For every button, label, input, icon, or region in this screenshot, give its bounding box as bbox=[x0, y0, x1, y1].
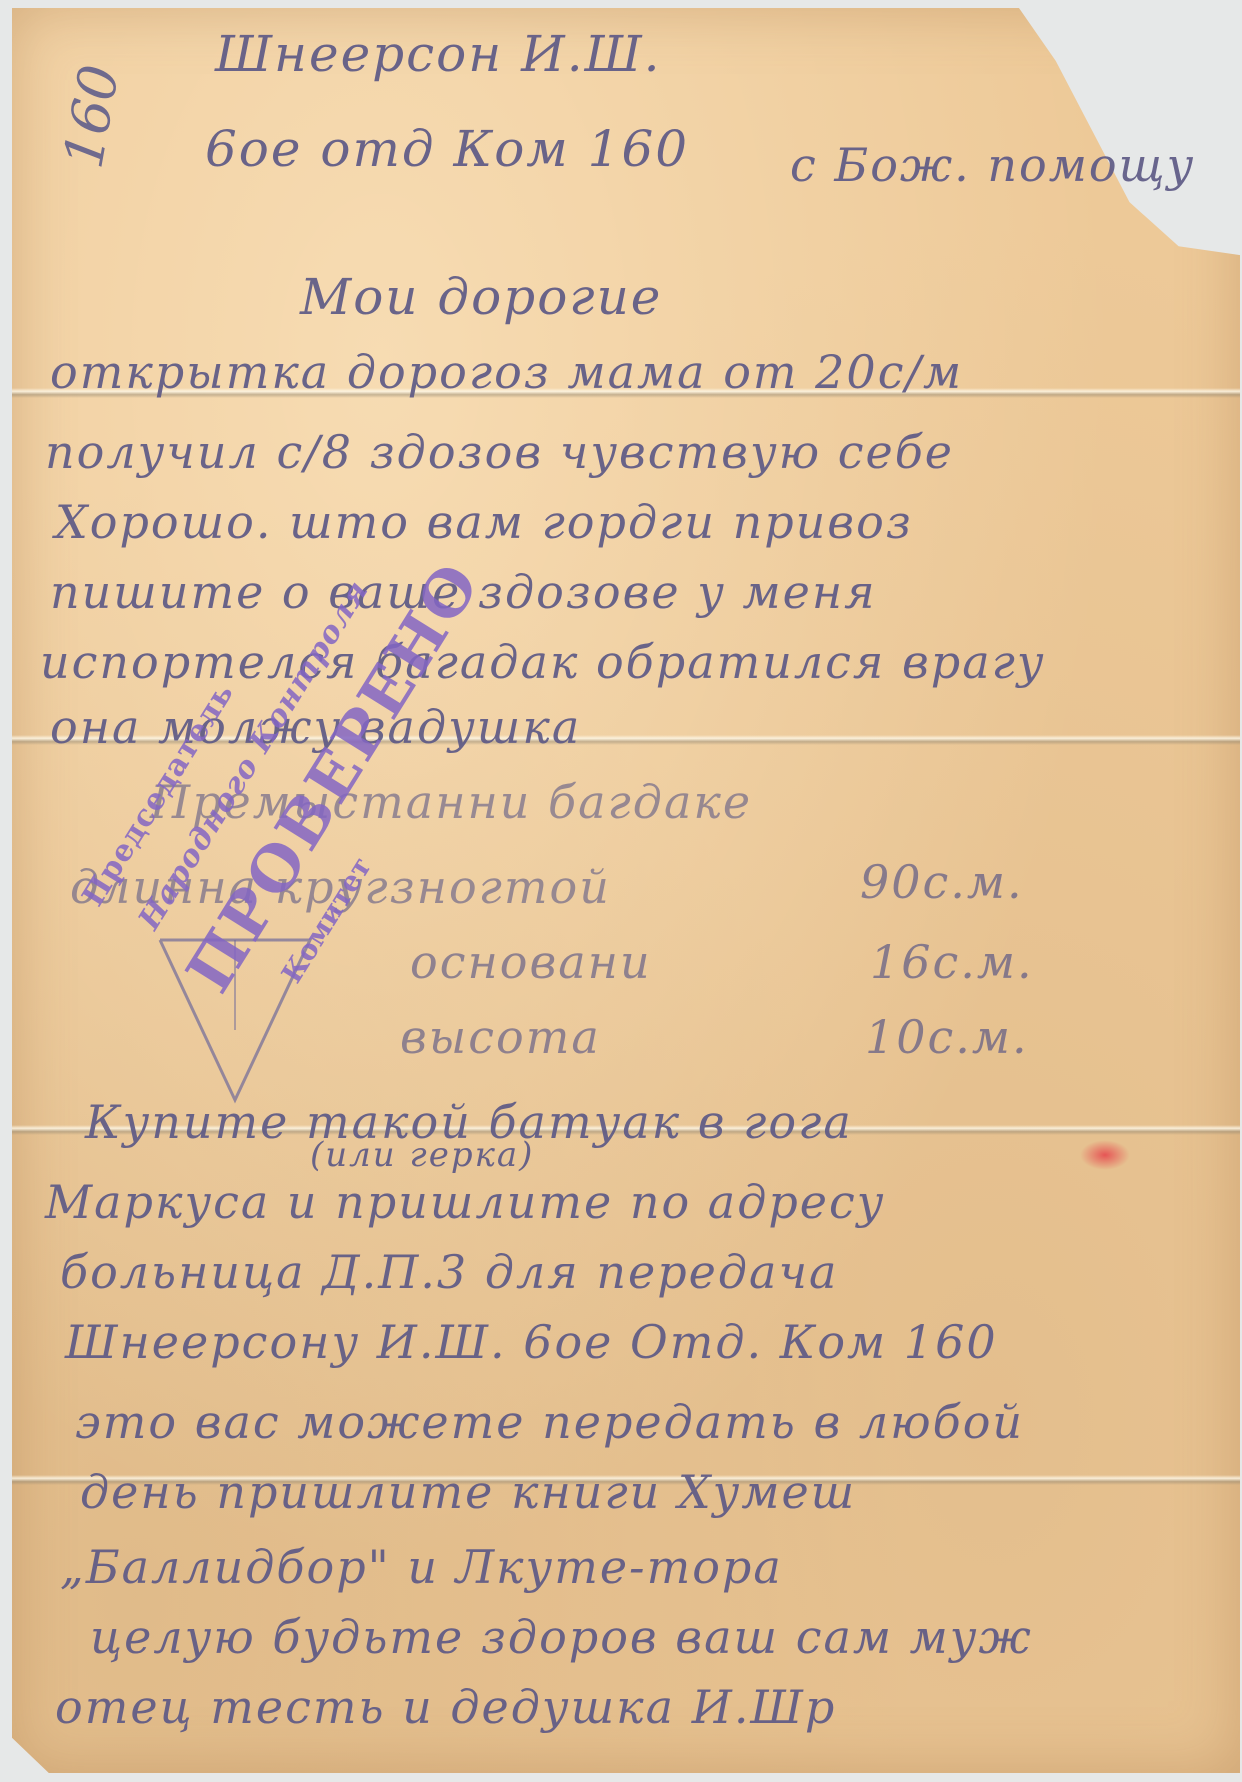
body-line: открытка дорогоз мама от 20с/м bbox=[50, 345, 963, 399]
sender-unit: 6ое отд Ком 160 bbox=[205, 120, 689, 178]
body-line: Хорошо. што вам гордги привоз bbox=[55, 495, 913, 549]
sender-name: Шнеерсон И.Ш. bbox=[215, 25, 662, 83]
measurement-label: длинна кругзногтой bbox=[70, 860, 611, 914]
measurement-value: 16с.м. bbox=[870, 935, 1034, 989]
body-line: пишите о ваше здозове у меня bbox=[50, 565, 877, 619]
closing-line: Шнеерсону И.Ш. 6ое Отд. Ком 160 bbox=[65, 1315, 998, 1369]
triangle-sketch-icon bbox=[150, 930, 350, 1110]
measurement-label: основани bbox=[410, 935, 652, 989]
measurement-label: высота bbox=[400, 1010, 601, 1064]
salutation: Мои дорогие bbox=[300, 268, 662, 326]
signature-line: отец тесть и дедушка И.Шр bbox=[55, 1680, 836, 1734]
closing-line: Маркуса и пришлите по адресу bbox=[45, 1175, 885, 1229]
closing-line: это вас можете передать в любой bbox=[75, 1395, 1024, 1449]
closing-line: (или герка) bbox=[310, 1135, 534, 1175]
closing-line: „Баллидбор" и Лкуте-тора bbox=[60, 1540, 783, 1594]
closing-line: целую будьте здоров ваш сам муж bbox=[90, 1610, 1033, 1664]
body-line: получил с/8 здозов чувствую себе bbox=[45, 425, 954, 479]
body-line: испортелся багадак обратился врагу bbox=[40, 635, 1046, 689]
measurements-title: Премыстанни багдаке bbox=[150, 775, 752, 829]
closing-line: больница Д.П.3 для передача bbox=[60, 1245, 838, 1299]
closing-line: день пришлите книги Хумеш bbox=[80, 1465, 856, 1519]
measurement-value: 90с.м. bbox=[860, 855, 1024, 909]
measurement-value: 10с.м. bbox=[865, 1010, 1029, 1064]
red-pencil-mark bbox=[1080, 1140, 1130, 1170]
body-line: она молжу вадушка bbox=[50, 700, 581, 754]
greeting-aside: с Бож. помощу bbox=[790, 138, 1195, 192]
